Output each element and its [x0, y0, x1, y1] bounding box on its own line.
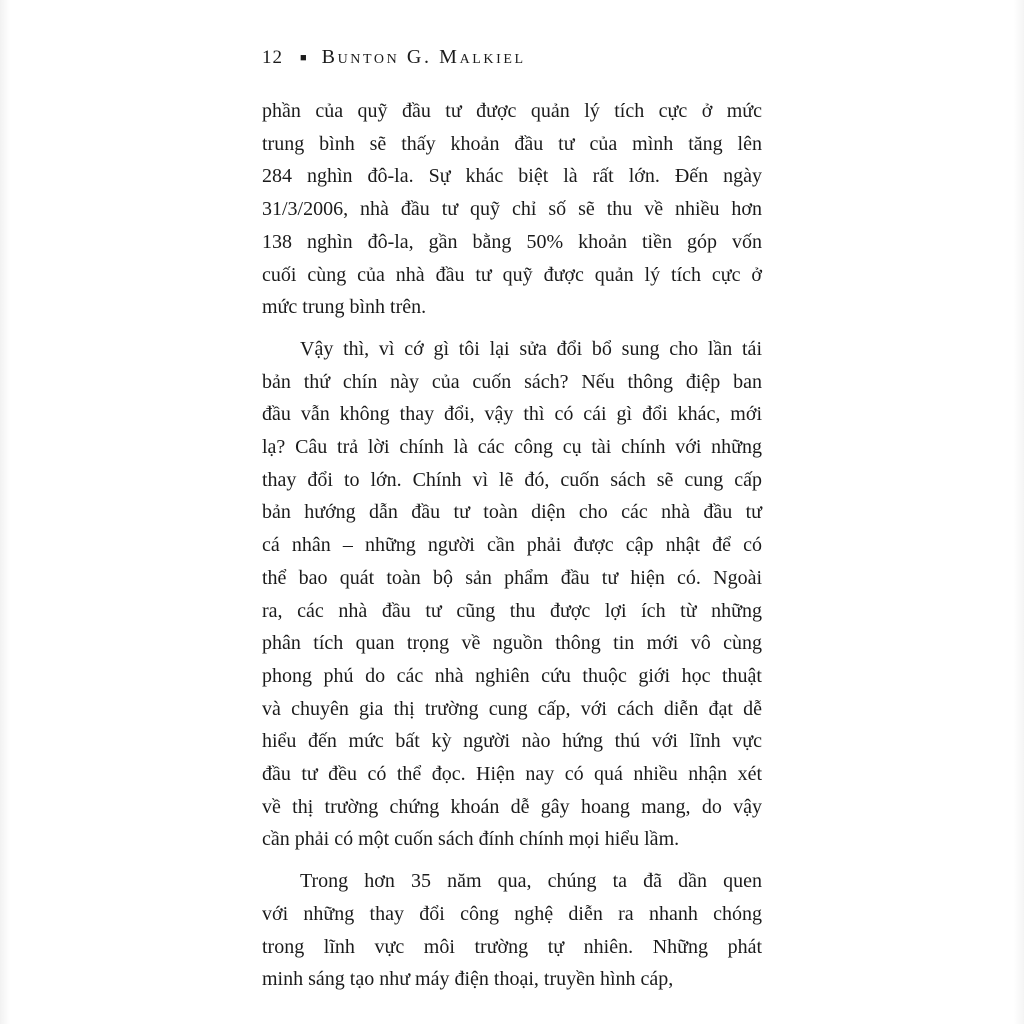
text-line: minh sáng tạo như máy điện thoại, truyền…	[262, 963, 762, 996]
text-line: trong lĩnh vực môi trường tự nhiên. Nhữn…	[262, 931, 762, 964]
text-line: 31/3/2006, nhà đầu tư quỹ chỉ số sẽ thu …	[262, 193, 762, 226]
text-line: phân tích quan trọng về nguồn thông tin …	[262, 627, 762, 660]
text-line: ra, các nhà đầu tư cũng thu được lợi ích…	[262, 595, 762, 628]
text-line: đầu tư đều có thể đọc. Hiện nay có quá n…	[262, 758, 762, 791]
text-line: bản thứ chín này của cuốn sách? Nếu thôn…	[262, 366, 762, 399]
text-line: về thị trường chứng khoán dễ gây hoang m…	[262, 791, 762, 824]
page-number: 12	[262, 47, 283, 69]
running-header: 12 ■ Bunton G. Malkiel	[262, 46, 526, 69]
text-line: Trong hơn 35 năm qua, chúng ta đã dần qu…	[262, 865, 762, 898]
paragraph: Trong hơn 35 năm qua, chúng ta đã dần qu…	[262, 865, 762, 996]
text-line: cuối cùng của nhà đầu tư quỹ được quản l…	[262, 259, 762, 292]
book-page: 12 ■ Bunton G. Malkiel phần của quỹ đầu …	[0, 0, 1024, 1024]
text-line: hiểu đến mức bất kỳ người nào hứng thú v…	[262, 725, 762, 758]
text-line: trung bình sẽ thấy khoản đầu tư của mình…	[262, 128, 762, 161]
square-bullet-icon: ■	[300, 53, 307, 64]
text-line: phần của quỹ đầu tư được quản lý tích cự…	[262, 95, 762, 128]
text-line: đầu vẫn không thay đổi, vậy thì có cái g…	[262, 398, 762, 431]
paragraph: Vậy thì, vì cớ gì tôi lại sửa đổi bổ sun…	[262, 333, 762, 856]
text-line: cá nhân – những người cần phải được cập …	[262, 529, 762, 562]
text-line: thể bao quát toàn bộ sản phẩm đầu tư hiệ…	[262, 562, 762, 595]
text-line: phong phú do các nhà nghiên cứu thuộc gi…	[262, 660, 762, 693]
text-line: thay đổi to lớn. Chính vì lẽ đó, cuốn sá…	[262, 464, 762, 497]
text-line: Vậy thì, vì cớ gì tôi lại sửa đổi bổ sun…	[262, 333, 762, 366]
text-line: 138 nghìn đô-la, gần bằng 50% khoản tiền…	[262, 226, 762, 259]
text-line: lạ? Câu trả lời chính là các công cụ tài…	[262, 431, 762, 464]
text-line: và chuyên gia thị trường cung cấp, với c…	[262, 693, 762, 726]
text-line: bản hướng dẫn đầu tư toàn diện cho các n…	[262, 496, 762, 529]
paragraph: phần của quỹ đầu tư được quản lý tích cự…	[262, 95, 762, 324]
text-line: với những thay đổi công nghệ diễn ra nha…	[262, 898, 762, 931]
running-header-author: Bunton G. Malkiel	[322, 46, 526, 69]
text-line: mức trung bình trên.	[262, 291, 762, 324]
text-line: 284 nghìn đô-la. Sự khác biệt là rất lớn…	[262, 160, 762, 193]
body-text: phần của quỹ đầu tư được quản lý tích cự…	[262, 95, 762, 996]
text-line: cần phải có một cuốn sách đính chính mọi…	[262, 823, 762, 856]
